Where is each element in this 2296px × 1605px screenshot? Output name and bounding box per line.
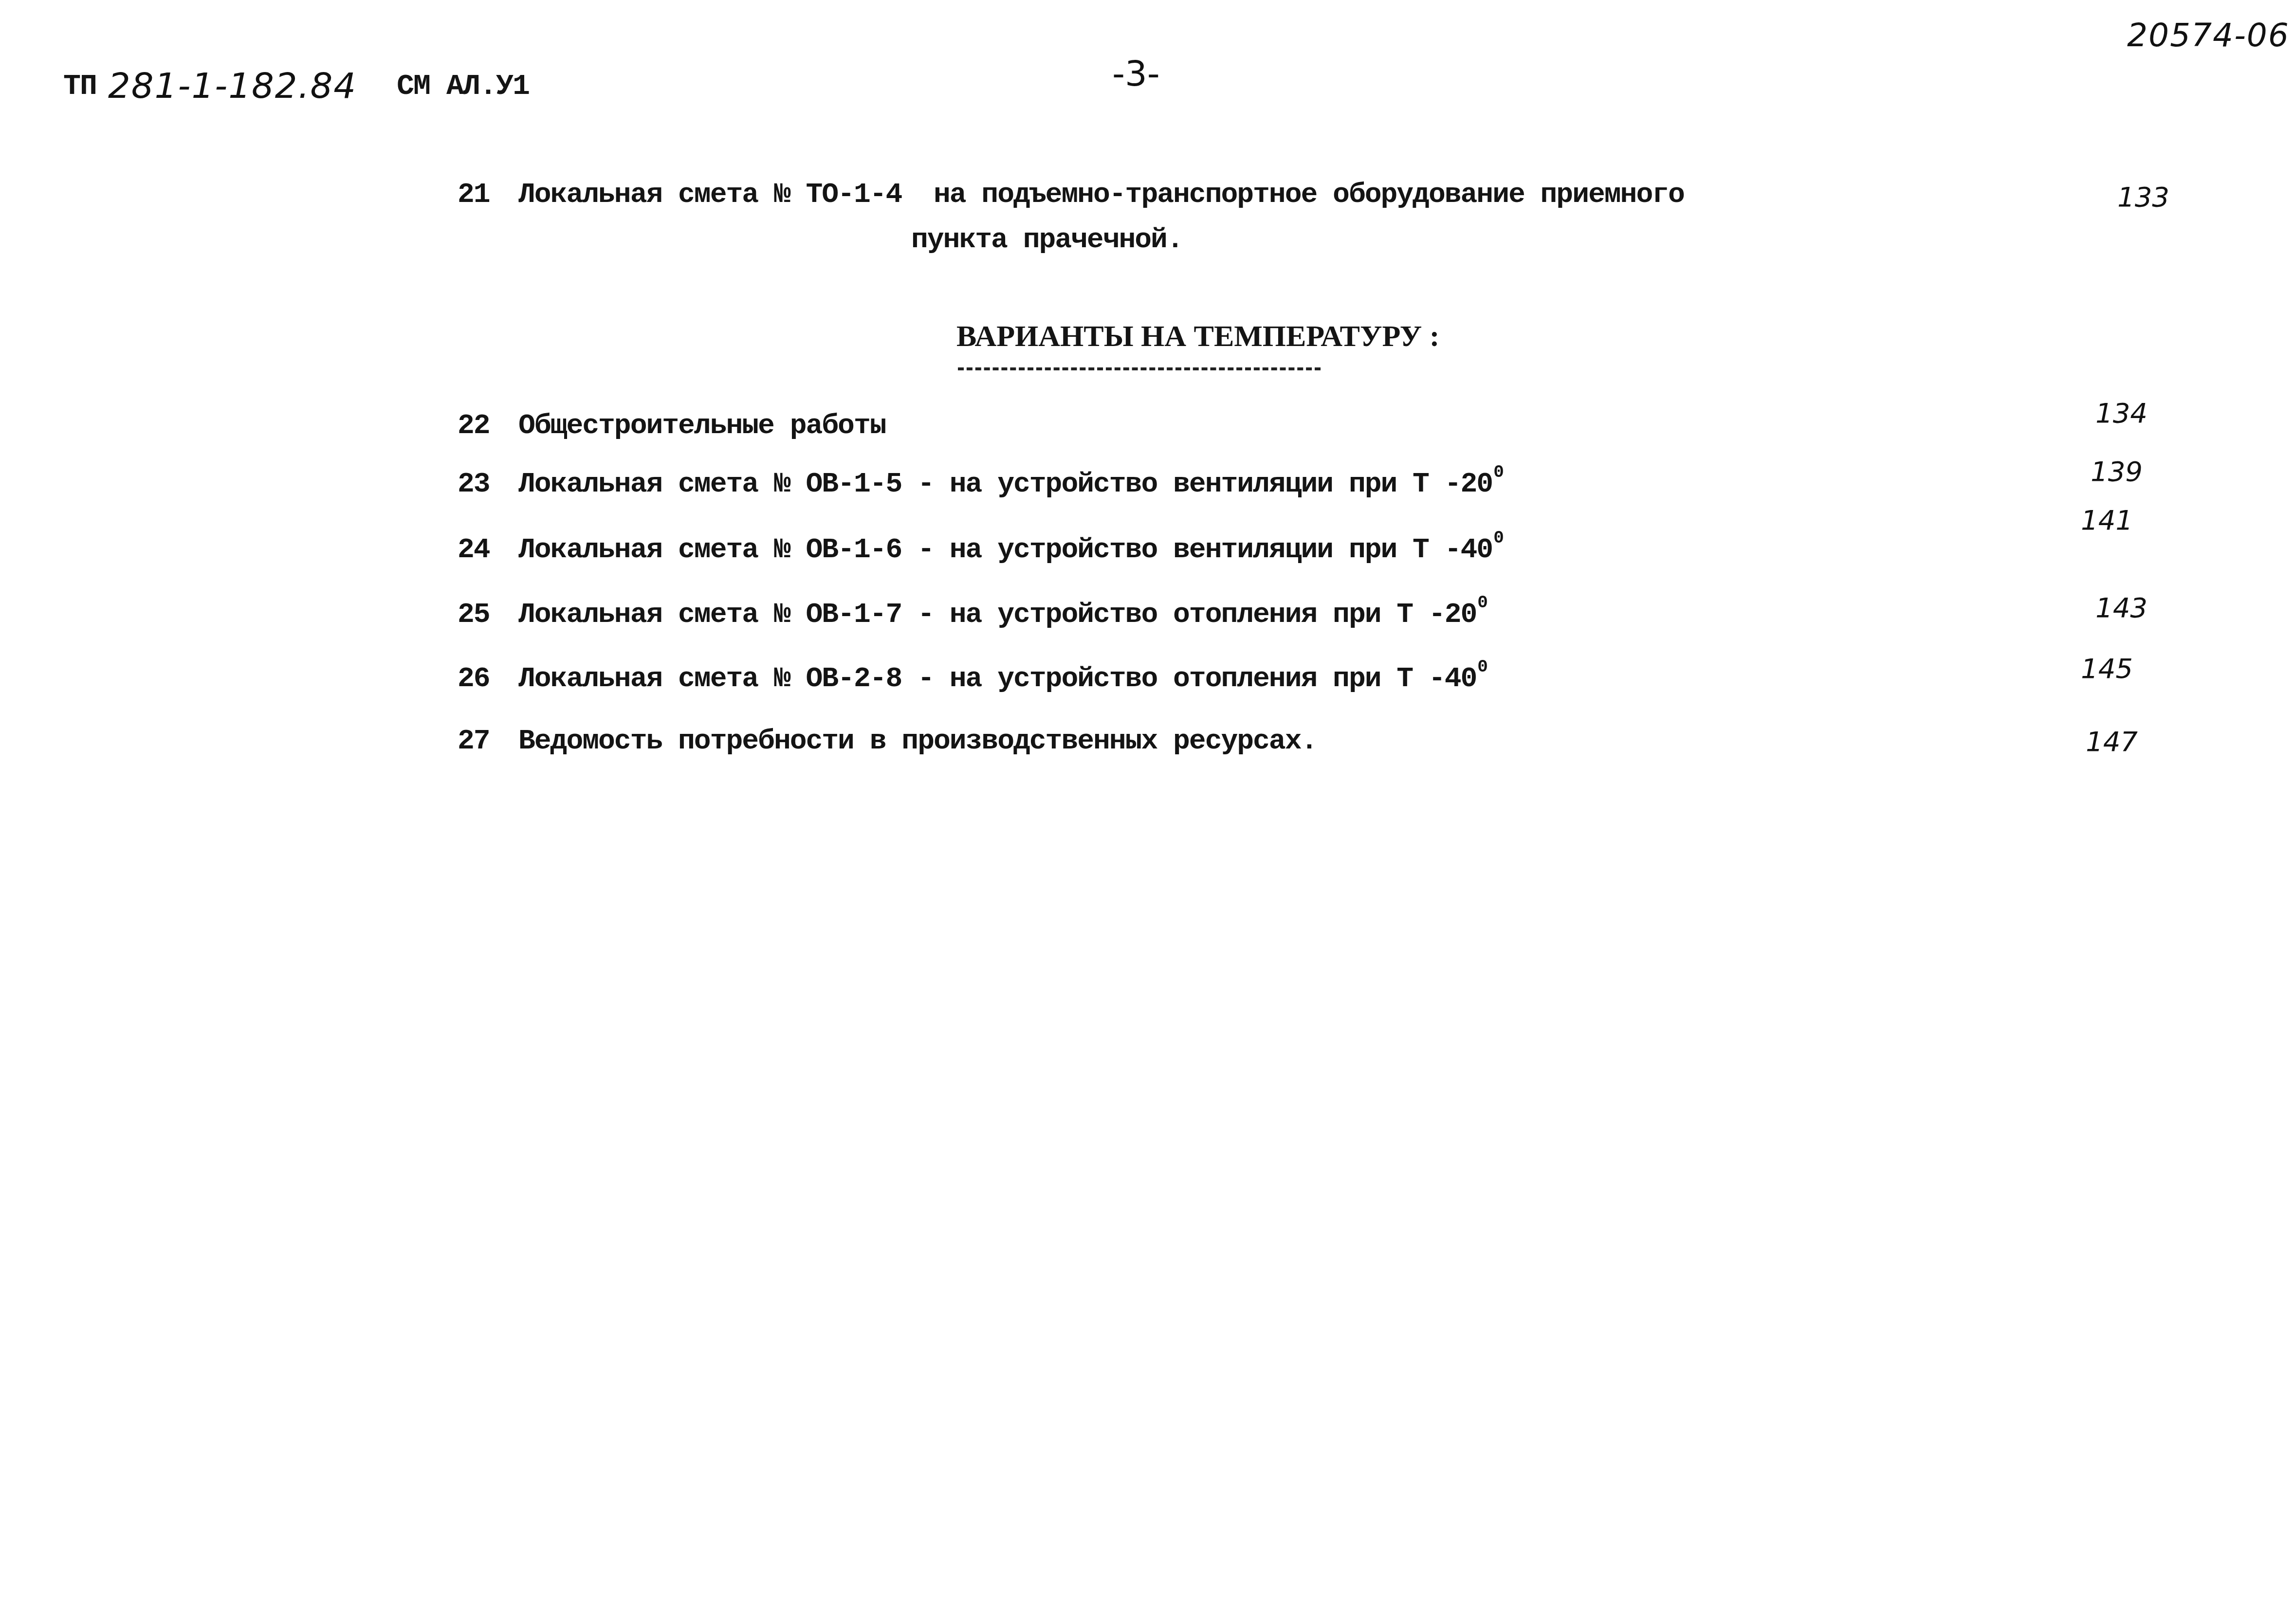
degree-mark: 0 <box>1493 462 1503 482</box>
entry-text-main: Локальная смета № ОВ-1-7 - на устройство… <box>518 599 1476 631</box>
entry-text: Общестроительные работы <box>518 412 886 440</box>
project-code: 281-1-182.84 <box>108 68 357 103</box>
degree-mark: 0 <box>1493 528 1503 548</box>
entry-text: Ведомость потребности в производственных… <box>518 728 1317 756</box>
section-title: ВАРИАНТЫ НА ТЕМПЕРАТУРУ : <box>956 321 1439 351</box>
page-number: -3- <box>1112 56 1160 91</box>
entry-page: 147 <box>2086 729 2138 756</box>
entry-number: 24 <box>458 536 490 565</box>
entry-page: 134 <box>2095 400 2148 427</box>
entry-number: 27 <box>458 728 490 756</box>
entry-number: 25 <box>458 601 490 629</box>
entry-text-main: Локальная смета № ОВ-1-5 - на устройство… <box>518 469 1492 500</box>
entry-number: 23 <box>458 471 490 499</box>
entry-page: 145 <box>2081 656 2133 683</box>
entry-number: 22 <box>458 412 490 440</box>
entry-text: Локальная смета № ОВ-1-7 - на устройство… <box>518 601 1487 629</box>
heading-underline <box>958 367 1321 370</box>
entry-text-main: Локальная смета № ОВ-2-8 - на устройство… <box>518 663 1476 695</box>
entry-number: 21 <box>458 181 490 209</box>
entry-text: Локальная смета № ОВ-2-8 - на устройство… <box>518 665 1487 693</box>
entry-text: Локальная смета № ОВ-1-5 - на устройство… <box>518 471 1503 499</box>
entry-text-continuation: пункта прачечной. <box>911 226 1183 255</box>
album-code: СМ АЛ.У1 <box>397 72 529 101</box>
entry-text: Локальная смета № ОВ-1-6 - на устройство… <box>518 536 1503 565</box>
entry-page: 141 <box>2081 507 2133 534</box>
degree-mark: 0 <box>1477 657 1487 677</box>
entry-number: 26 <box>458 665 490 693</box>
project-prefix: ТП <box>63 72 96 101</box>
entry-page: 133 <box>2117 184 2169 211</box>
entry-text-main: Локальная смета № ОВ-1-6 - на устройство… <box>518 534 1492 566</box>
entry-page: 143 <box>2095 595 2148 622</box>
entry-page: 139 <box>2091 458 2143 486</box>
archive-number: 20574-06 <box>2127 19 2290 52</box>
entry-text: Локальная смета № ТО-1-4 на подъемно-тра… <box>518 181 1684 209</box>
degree-mark: 0 <box>1477 593 1487 613</box>
